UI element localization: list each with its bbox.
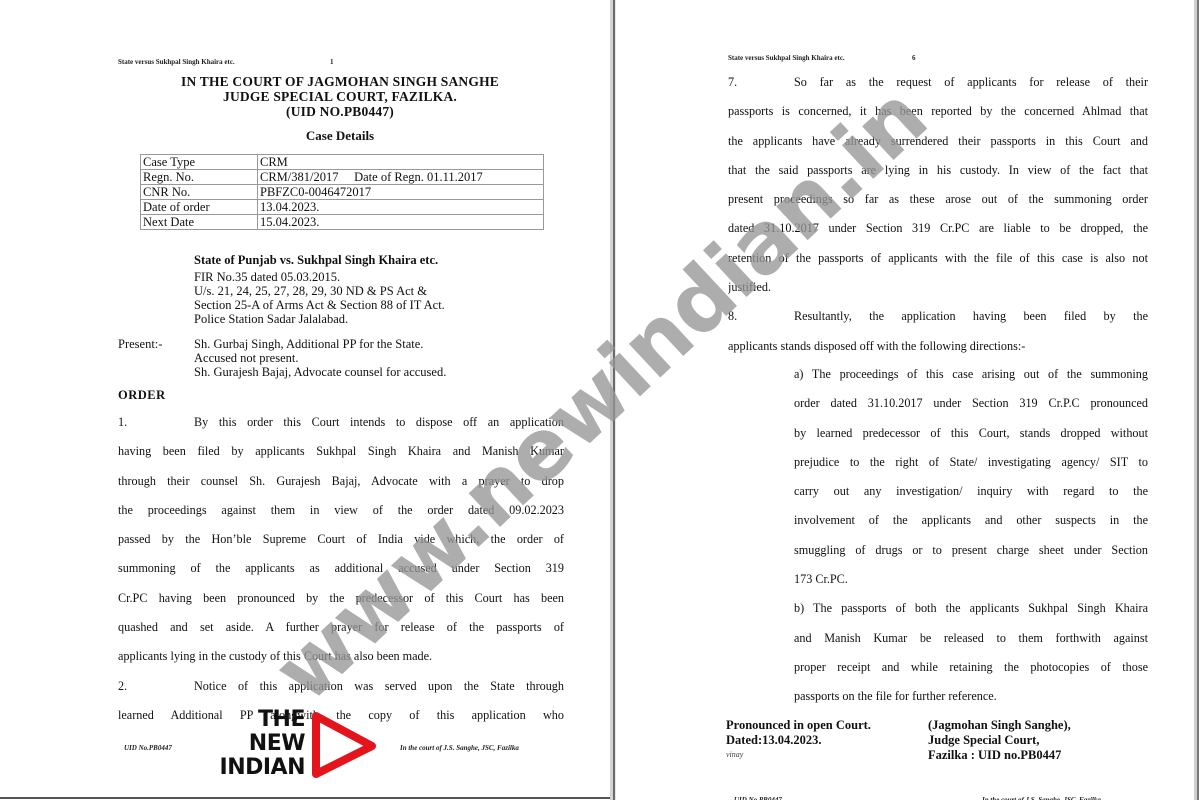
fir-details: FIR No.35 dated 05.03.2015. U/s. 21, 24,… [194,270,445,326]
running-head-text: State versus Sukhpal Singh Khaira etc. [118,58,235,66]
court-title: IN THE COURT OF JAGMOHAN SINGH SANGHE JU… [118,74,562,119]
text-line: prejudice to the right of State/ investi… [794,448,1148,477]
the-new-indian-logo: THE NEW INDIAN [205,708,380,784]
text-line: the proceedings against them in view of … [118,496,564,525]
line-text: 173 Cr.PC. [794,572,848,586]
judge-name: (Jagmohan Singh Sanghe), [928,718,1071,733]
line-text: Resultantly, the application having been… [794,309,1148,323]
document-page-6: State versus Sukhpal Singh Khaira etc. 6… [616,0,1196,800]
logo-line: NEW [205,732,305,756]
running-head: State versus Sukhpal Singh Khaira etc. 1 [118,58,235,66]
text-line: that the said passports are lying in his… [728,156,1148,185]
fir-line: Police Station Sadar Jalalabad. [194,312,445,326]
text-line: order dated 31.10.2017 under Section 319… [794,389,1148,418]
text-line: 7.So far as the request of applicants fo… [728,68,1148,97]
line-text: retention of the passports of applicants… [728,251,1148,265]
present-line: Accused not present. [194,351,446,365]
case-detail-label: Regn. No. [141,170,258,185]
text-line: 2.Notice of this application was served … [118,672,564,701]
line-text: carry out any investigation/ inquiry wit… [794,484,1148,498]
line-text: summoning of the applicants as additiona… [118,561,564,575]
pronounced-line: Pronounced in open Court. [726,718,871,733]
text-line: justified. [728,273,1148,302]
page-edge [1194,0,1200,800]
text-line: carry out any investigation/ inquiry wit… [794,477,1148,506]
fir-line: Section 25-A of Arms Act & Section 88 of… [194,298,445,312]
text-line: summoning of the applicants as additiona… [118,554,564,583]
line-text: having been filed by applicants Sukhpal … [118,444,564,458]
text-line: 8.Resultantly, the application having be… [728,302,1148,331]
logo-line: THE [205,708,305,732]
order-body-text: 7.So far as the request of applicants fo… [728,68,1148,361]
text-line: by learned predecessor of this Court, st… [794,419,1148,448]
case-detail-row: Case TypeCRM [141,155,544,170]
line-text: dated 31.10.2017 under Section 319 Cr.PC… [728,221,1148,235]
paragraph-number: 1. [118,408,194,437]
line-text: So far as the request of applicants for … [794,75,1148,89]
text-line: smuggling of drugs or to present charge … [794,536,1148,565]
line-text: passed by the Hon’ble Supreme Court of I… [118,532,564,546]
line-text: b) The passports of both the applicants … [794,601,1148,615]
play-triangle-icon [308,710,380,780]
court-title-line: IN THE COURT OF JAGMOHAN SINGH SANGHE [118,74,562,89]
line-text: order dated 31.10.2017 under Section 319… [794,396,1148,410]
line-text: a) The proceedings of this case arising … [794,367,1148,381]
court-title-line: JUDGE SPECIAL COURT, FAZILKA. [118,89,562,104]
text-line: Cr.PC having been pronounced by the pred… [118,584,564,613]
text-line: dated 31.10.2017 under Section 319 Cr.PC… [728,214,1148,243]
line-text: justified. [728,280,771,294]
text-line: present proceedings so far as these aros… [728,185,1148,214]
line-text: passports on the file for further refere… [794,689,997,703]
case-detail-value: PBFZC0-0046472017 [258,185,544,200]
footer-court: In the court of J.S. Sanghe, JSC, Fazilk… [400,744,519,752]
line-text: By this order this Court intends to disp… [194,415,564,429]
text-line: applicants lying in the custody of this … [118,642,564,671]
case-details-table: Case TypeCRMRegn. No.CRM/381/2017 Date o… [140,154,544,230]
text-line: having been filed by applicants Sukhpal … [118,437,564,466]
judge-title: Judge Special Court, [928,733,1071,748]
text-line: a) The proceedings of this case arising … [794,360,1148,389]
line-text: applicants stands disposed off with the … [728,339,1025,353]
case-detail-value: 15.04.2023. [258,215,544,230]
footer-court: In the court of J.S. Sanghe, JSC, Fazilk… [982,796,1101,800]
order-body-text: 1.By this order this Court intends to di… [118,408,564,730]
line-text: and Manish Kumar be released to them for… [794,631,1148,645]
text-line: retention of the passports of applicants… [728,244,1148,273]
typist-initials: vinay [726,750,743,759]
line-text: applicants lying in the custody of this … [118,649,432,663]
line-text: smuggling of drugs or to present charge … [794,543,1148,557]
paragraph-number: 2. [118,672,194,701]
case-detail-label: Date of order [141,200,258,215]
text-line: 1.By this order this Court intends to di… [118,408,564,437]
present-line: Sh. Gurajesh Bajaj, Advocate counsel for… [194,365,446,379]
court-title-line: (UID NO.PB0447) [118,104,562,119]
present-list: Sh. Gurbaj Singh, Additional PP for the … [194,337,446,379]
logo-line: INDIAN [205,756,305,780]
line-text: the proceedings against them in view of … [118,503,564,517]
case-title: State of Punjab vs. Sukhpal Singh Khaira… [194,253,438,268]
paragraph-number: 8. [728,302,794,331]
line-text: involvement of the applicants and other … [794,513,1148,527]
text-line: passed by the Hon’ble Supreme Court of I… [118,525,564,554]
line-text: passports is concerned, it has been repo… [728,104,1148,118]
present-line: Sh. Gurbaj Singh, Additional PP for the … [194,337,446,351]
case-detail-row: CNR No.PBFZC0-0046472017 [141,185,544,200]
document-page-1: State versus Sukhpal Singh Khaira etc. 1… [0,0,610,799]
text-line: involvement of the applicants and other … [794,506,1148,535]
footer-uid: UID No.PB0447 [124,744,172,752]
footer-uid: UID No.PB0447 [734,796,782,800]
fir-line: FIR No.35 dated 05.03.2015. [194,270,445,284]
case-details-heading: Case Details [118,128,562,144]
order-heading: ORDER [118,388,166,403]
page-number: 6 [912,54,916,62]
case-detail-label: CNR No. [141,185,258,200]
line-text: through their counsel Sh. Gurajesh Bajaj… [118,474,564,488]
text-line: applicants stands disposed off with the … [728,332,1148,361]
case-detail-row: Next Date15.04.2023. [141,215,544,230]
case-detail-row: Date of order13.04.2023. [141,200,544,215]
pronouncement-block: Pronounced in open Court. Dated:13.04.20… [726,718,871,748]
line-text: that the said passports are lying in his… [728,163,1148,177]
paragraph-number: 7. [728,68,794,97]
line-text: proper receipt and while retaining the p… [794,660,1148,674]
text-line: passports is concerned, it has been repo… [728,97,1148,126]
line-text: prejudice to the right of State/ investi… [794,455,1148,469]
text-line: passports on the file for further refere… [794,682,1148,711]
running-head-text: State versus Sukhpal Singh Khaira etc. [728,54,845,62]
line-text: present proceedings so far as these aros… [728,192,1148,206]
case-detail-row: Regn. No.CRM/381/2017 Date of Regn. 01.1… [141,170,544,185]
dated-line: Dated:13.04.2023. [726,733,871,748]
line-text: the applicants have already surrendered … [728,134,1148,148]
judge-uid: Fazilka : UID no.PB0447 [928,748,1071,763]
present-label: Present:- [118,337,162,352]
text-line: proper receipt and while retaining the p… [794,653,1148,682]
text-line: and Manish Kumar be released to them for… [794,624,1148,653]
judge-signature-block: (Jagmohan Singh Sanghe), Judge Special C… [928,718,1071,763]
line-text: by learned predecessor of this Court, st… [794,426,1148,440]
case-detail-label: Case Type [141,155,258,170]
text-line: 173 Cr.PC. [794,565,1148,594]
case-detail-label: Next Date [141,215,258,230]
text-line: b) The passports of both the applicants … [794,594,1148,623]
line-text: Cr.PC having been pronounced by the pred… [118,591,564,605]
line-text: Notice of this application was served up… [194,679,564,693]
page-number: 1 [330,58,334,66]
order-directions: a) The proceedings of this case arising … [794,360,1148,712]
text-line: quashed and set aside. A further prayer … [118,613,564,642]
text-line: through their counsel Sh. Gurajesh Bajaj… [118,467,564,496]
text-line: the applicants have already surrendered … [728,127,1148,156]
line-text: quashed and set aside. A further prayer … [118,620,564,634]
running-head: State versus Sukhpal Singh Khaira etc. 6 [728,54,845,62]
case-detail-value: CRM/381/2017 Date of Regn. 01.11.2017 [258,170,544,185]
logo-text: THE NEW INDIAN [205,708,305,780]
fir-line: U/s. 21, 24, 25, 27, 28, 29, 30 ND & PS … [194,284,445,298]
case-detail-value: CRM [258,155,544,170]
case-detail-value: 13.04.2023. [258,200,544,215]
